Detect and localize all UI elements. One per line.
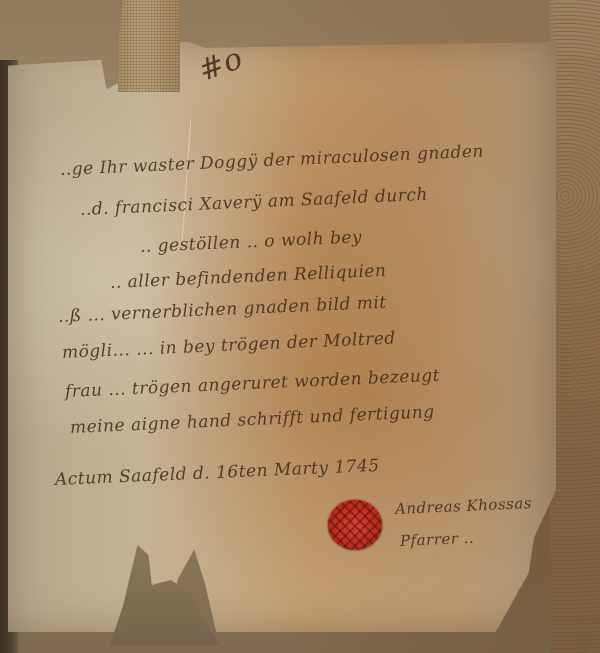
linen-tape-strip <box>118 0 180 92</box>
backing-board <box>550 0 600 653</box>
wax-seal <box>328 500 382 550</box>
document-photo: #o ..ge Ihr waster Doggÿ der miraculosen… <box>0 0 600 653</box>
signature-title: Pfarrer .. <box>400 529 475 550</box>
